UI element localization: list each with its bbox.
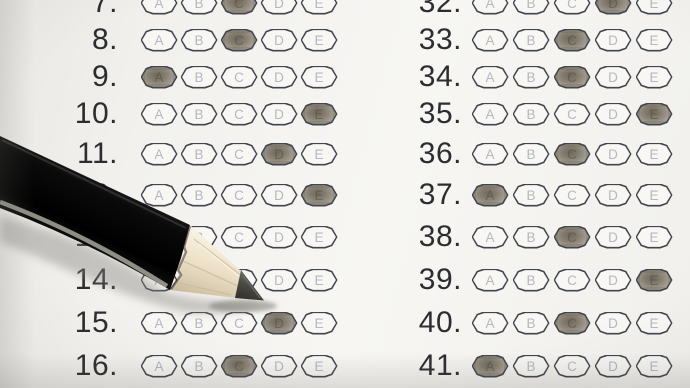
bubble-35-D: D (595, 103, 632, 126)
bubble-13-C: C (221, 226, 258, 249)
question-number: 7. (8, 0, 118, 19)
choice-letter: B (526, 317, 535, 330)
choice-letter: A (154, 360, 163, 373)
choice-letter: E (314, 231, 323, 244)
choice-letter: B (526, 148, 535, 161)
choice-letter: C (234, 317, 244, 330)
bubble-34-D: D (595, 66, 632, 89)
choice-letter: C (567, 274, 577, 287)
choice-letter: D (608, 360, 618, 373)
question-number: 10. (8, 98, 118, 130)
bubble-36-B: B (513, 143, 550, 166)
choice-letter: B (194, 360, 203, 373)
choice-letter: A (485, 34, 494, 47)
bubble-16-A: A (141, 355, 178, 378)
question-number: 37. (352, 179, 462, 211)
choice-letter: E (314, 34, 323, 47)
bubble-13-B: B (181, 226, 218, 249)
choice-letter: A (154, 189, 163, 202)
bubble-33-B: B (513, 29, 550, 52)
choice-letter: E (649, 71, 658, 84)
bubble-14-E: E (301, 269, 338, 292)
choice-letter: A (154, 231, 163, 244)
bubble-9-B: B (181, 66, 218, 89)
bubble-32-B: B (513, 0, 550, 15)
choice-letter: E (649, 274, 658, 287)
bubble-33-C: C (554, 29, 591, 52)
choice-letter: D (608, 317, 618, 330)
bubble-10-E: E (301, 103, 338, 126)
bubble-37-C: C (554, 184, 591, 207)
bubble-35-A: A (472, 103, 509, 126)
bubble-10-C: C (221, 103, 258, 126)
choice-letter: A (485, 231, 494, 244)
choice-letter: D (608, 148, 618, 161)
choice-letter: C (567, 317, 577, 330)
bubble-8-E: E (301, 29, 338, 52)
question-number: 34. (352, 61, 462, 93)
bubble-11-E: E (301, 143, 338, 166)
choice-letter: B (526, 0, 535, 10)
bubble-7-C: C (221, 0, 258, 15)
choice-letter: D (274, 274, 284, 287)
choice-letter: A (154, 71, 163, 84)
choice-letter: A (485, 360, 494, 373)
choice-letter: D (274, 317, 284, 330)
bubble-32-A: A (472, 0, 509, 15)
bubble-37-E: E (636, 184, 673, 207)
bubble-38-D: D (595, 226, 632, 249)
bubble-34-A: A (472, 66, 509, 89)
choice-letter: D (274, 34, 284, 47)
choice-letter: A (485, 189, 494, 202)
bubble-9-E: E (301, 66, 338, 89)
bubble-40-A: A (472, 312, 509, 335)
choice-letter: B (194, 71, 203, 84)
bubble-37-A: A (472, 184, 509, 207)
bubble-37-B: B (513, 184, 550, 207)
question-number: 11. (8, 138, 118, 170)
bubble-14-D: D (261, 269, 298, 292)
bubble-8-C: C (221, 29, 258, 52)
bubble-36-C: C (554, 143, 591, 166)
choice-letter: E (314, 0, 323, 10)
bubble-14-B: B (181, 269, 218, 292)
bubble-12-B: B (181, 184, 218, 207)
choice-letter: D (608, 189, 618, 202)
choice-letter: C (567, 231, 577, 244)
choice-letter: A (154, 148, 163, 161)
choice-letter: E (649, 360, 658, 373)
bubble-39-A: A (472, 269, 509, 292)
choice-letter: D (274, 71, 284, 84)
bubble-40-B: B (513, 312, 550, 335)
choice-letter: E (649, 0, 658, 10)
choice-letter: E (314, 317, 323, 330)
bubble-14-C: C (221, 269, 258, 292)
bubble-15-B: B (181, 312, 218, 335)
choice-letter: A (154, 274, 163, 287)
bubble-12-C: C (221, 184, 258, 207)
bubble-7-E: E (301, 0, 338, 15)
question-number: 36. (352, 138, 462, 170)
choice-letter: B (526, 360, 535, 373)
bubble-13-A: A (141, 226, 178, 249)
bubble-10-A: A (141, 103, 178, 126)
question-number: 15. (8, 307, 118, 339)
choice-letter: A (485, 108, 494, 121)
bubble-32-D: D (595, 0, 632, 15)
bubble-38-E: E (636, 226, 673, 249)
choice-letter: E (314, 360, 323, 373)
question-number: 12. (8, 179, 118, 211)
bubble-8-B: B (181, 29, 218, 52)
choice-letter: C (234, 108, 244, 121)
bubble-9-C: C (221, 66, 258, 89)
choice-letter: D (608, 231, 618, 244)
choice-letter: A (154, 108, 163, 121)
question-number: 35. (352, 98, 462, 130)
bubble-15-C: C (221, 312, 258, 335)
bubble-12-E: E (301, 184, 338, 207)
bubble-41-D: D (595, 355, 632, 378)
bubble-13-E: E (301, 226, 338, 249)
bubble-40-D: D (595, 312, 632, 335)
bubble-33-A: A (472, 29, 509, 52)
choice-letter: B (194, 148, 203, 161)
choice-letter: A (485, 148, 494, 161)
choice-letter: D (274, 189, 284, 202)
choice-letter: E (649, 231, 658, 244)
bubble-39-E: E (636, 269, 673, 292)
choice-letter: C (234, 148, 244, 161)
bubble-7-A: A (141, 0, 178, 15)
bubble-16-C: C (221, 355, 258, 378)
choice-letter: B (194, 274, 203, 287)
choice-letter: B (194, 108, 203, 121)
choice-letter: C (234, 0, 244, 10)
choice-letter: D (274, 231, 284, 244)
choice-letter: E (314, 189, 323, 202)
question-number: 8. (8, 24, 118, 56)
choice-letter: B (526, 189, 535, 202)
choice-letter: C (234, 231, 244, 244)
bubble-35-E: E (636, 103, 673, 126)
bubble-8-D: D (261, 29, 298, 52)
choice-letter: E (314, 274, 323, 287)
choice-letter: E (649, 317, 658, 330)
bubble-39-C: C (554, 269, 591, 292)
choice-letter: A (154, 34, 163, 47)
choice-letter: C (567, 34, 577, 47)
bubble-10-B: B (181, 103, 218, 126)
bubble-32-C: C (554, 0, 591, 15)
question-number: 39. (352, 264, 462, 296)
bubble-11-D: D (261, 143, 298, 166)
bubble-12-D: D (261, 184, 298, 207)
choice-letter: C (567, 71, 577, 84)
question-number: 14. (8, 264, 118, 296)
choice-letter: D (274, 108, 284, 121)
choice-letter: D (274, 360, 284, 373)
bubble-41-A: A (472, 355, 509, 378)
bubble-14-A: A (141, 269, 178, 292)
bubble-16-D: D (261, 355, 298, 378)
choice-letter: B (526, 231, 535, 244)
bubble-36-D: D (595, 143, 632, 166)
answer-sheet: 7.ABCDE8.ABCDE9.ABCDE10.ABCDE11.ABCDE12.… (0, 0, 690, 388)
choice-letter: D (608, 108, 618, 121)
choice-letter: D (608, 34, 618, 47)
choice-letter: B (194, 189, 203, 202)
choice-letter: C (234, 274, 244, 287)
question-number: 9. (8, 61, 118, 93)
choice-letter: B (194, 231, 203, 244)
question-number: 38. (352, 221, 462, 253)
choice-letter: C (567, 0, 577, 10)
choice-letter: B (526, 274, 535, 287)
bubble-34-E: E (636, 66, 673, 89)
choice-letter: D (608, 274, 618, 287)
choice-letter: C (234, 189, 244, 202)
choice-letter: E (314, 108, 323, 121)
bubble-38-A: A (472, 226, 509, 249)
choice-letter: B (194, 317, 203, 330)
choice-letter: E (649, 148, 658, 161)
choice-letter: A (154, 0, 163, 10)
bubble-39-B: B (513, 269, 550, 292)
choice-letter: A (485, 71, 494, 84)
bubble-40-E: E (636, 312, 673, 335)
choice-letter: A (485, 0, 494, 10)
choice-letter: C (567, 189, 577, 202)
bubble-15-D: D (261, 312, 298, 335)
bubble-9-A: A (141, 66, 178, 89)
choice-letter: C (234, 34, 244, 47)
choice-letter: A (485, 317, 494, 330)
bubble-12-A: A (141, 184, 178, 207)
bubble-33-E: E (636, 29, 673, 52)
bubble-34-C: C (554, 66, 591, 89)
bubble-16-E: E (301, 355, 338, 378)
bubble-8-A: A (141, 29, 178, 52)
choice-letter: E (314, 148, 323, 161)
choice-letter: D (274, 148, 284, 161)
choice-letter: C (567, 148, 577, 161)
bubble-7-B: B (181, 0, 218, 15)
bubble-39-D: D (595, 269, 632, 292)
choice-letter: B (526, 108, 535, 121)
bubble-40-C: C (554, 312, 591, 335)
bubble-41-B: B (513, 355, 550, 378)
bubble-36-E: E (636, 143, 673, 166)
photo-answer-sheet: 7.ABCDE8.ABCDE9.ABCDE10.ABCDE11.ABCDE12.… (0, 0, 690, 388)
bubble-41-E: E (636, 355, 673, 378)
bubble-37-D: D (595, 184, 632, 207)
question-number: 33. (352, 24, 462, 56)
bubble-35-C: C (554, 103, 591, 126)
bubble-13-D: D (261, 226, 298, 249)
choice-letter: C (567, 360, 577, 373)
choice-letter: C (234, 71, 244, 84)
choice-letter: C (567, 108, 577, 121)
bubble-10-D: D (261, 103, 298, 126)
choice-letter: A (485, 274, 494, 287)
choice-letter: C (234, 360, 244, 373)
bubble-35-B: B (513, 103, 550, 126)
choice-letter: E (649, 189, 658, 202)
bubble-15-E: E (301, 312, 338, 335)
question-number: 41. (352, 350, 462, 382)
choice-letter: B (526, 34, 535, 47)
choice-letter: D (608, 0, 618, 10)
bubble-34-B: B (513, 66, 550, 89)
question-number: 40. (352, 307, 462, 339)
bubble-41-C: C (554, 355, 591, 378)
bubble-7-D: D (261, 0, 298, 15)
bubble-33-D: D (595, 29, 632, 52)
bubble-11-C: C (221, 143, 258, 166)
bubble-9-D: D (261, 66, 298, 89)
question-number: 32. (352, 0, 462, 19)
bubble-38-B: B (513, 226, 550, 249)
bubble-38-C: C (554, 226, 591, 249)
choice-letter: E (649, 34, 658, 47)
choice-letter: A (154, 317, 163, 330)
choice-letter: E (649, 108, 658, 121)
bubble-36-A: A (472, 143, 509, 166)
bubble-16-B: B (181, 355, 218, 378)
bubble-11-B: B (181, 143, 218, 166)
bubble-32-E: E (636, 0, 673, 15)
choice-letter: D (274, 0, 284, 10)
choice-letter: B (526, 71, 535, 84)
bubble-11-A: A (141, 143, 178, 166)
question-number: 16. (8, 350, 118, 382)
choice-letter: B (194, 0, 203, 10)
choice-letter: B (194, 34, 203, 47)
question-number: 13. (8, 221, 118, 253)
choice-letter: E (314, 71, 323, 84)
bubble-15-A: A (141, 312, 178, 335)
choice-letter: D (608, 71, 618, 84)
